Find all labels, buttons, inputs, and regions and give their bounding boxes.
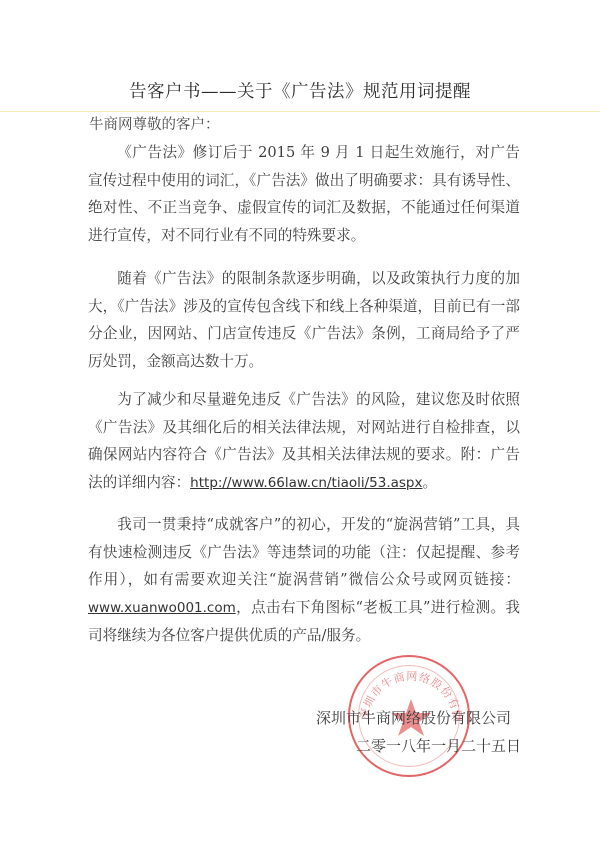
paragraph-3: 为了减少和尽量避免违反《广告法》的风险，建议您及时依照《广告法》及其细化后的相关… <box>88 386 520 497</box>
signature-date: 二零一八年一月二十五日 <box>356 735 521 756</box>
paragraph-1: 《广告法》修订后于 2015 年 9 月 1 日起生效施行，对广告宣传过程中使用… <box>88 139 520 249</box>
paragraph-3-tail: 。 <box>423 474 438 491</box>
paragraph-4: 我司一贯秉持“成就客户”的初心，开发的“旋涡营销”工具，具有快速检测违反《广告法… <box>88 511 520 650</box>
document-title: 告客户书——关于《广告法》规范用词提醒 <box>0 78 600 103</box>
paragraph-2: 随着《广告法》的限制条款逐步明确，以及政策执行力度的加大，《广告法》涉及的宣传包… <box>88 265 520 375</box>
divider <box>0 111 600 112</box>
paragraph-4-text: 我司一贯秉持“成就客户”的初心，开发的“旋涡营销”工具，具有快速检测违反《广告法… <box>88 516 520 588</box>
xuanwo-website-link[interactable]: www.xuanwo001.com <box>88 600 236 616</box>
greeting: 牛商网尊敬的客户： <box>89 113 220 134</box>
law-detail-link[interactable]: http://www.66law.cn/tiaoli/53.aspx <box>190 475 422 491</box>
signature-company: 深圳市牛商网络股份有限公司 <box>316 707 511 728</box>
